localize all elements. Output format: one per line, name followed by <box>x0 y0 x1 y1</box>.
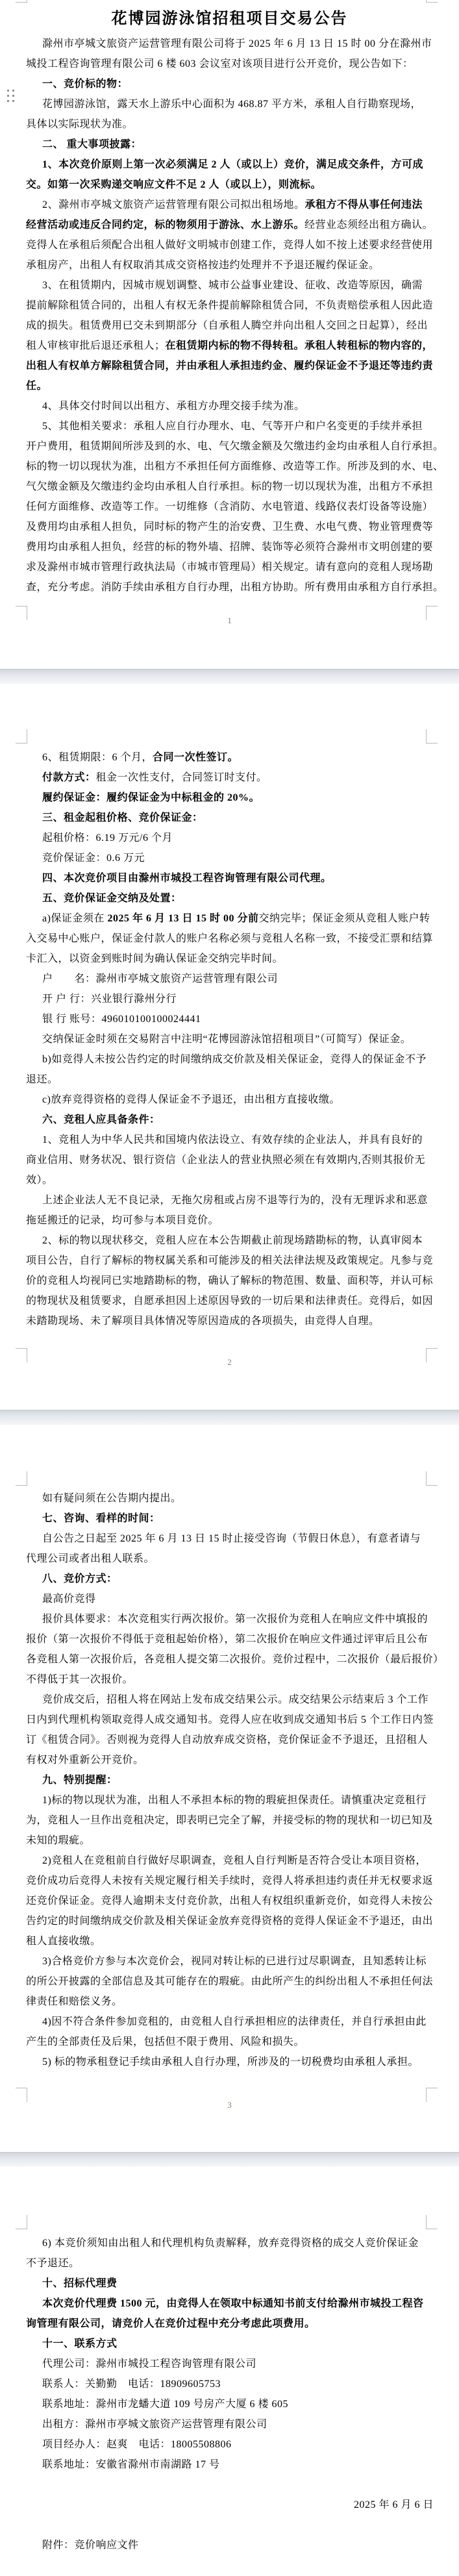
text-line: 交纳保证金时须在交易附言中注明“花博园游泳馆招租项目”（可简写）保证金。 <box>26 1032 450 1047</box>
text-segment: 起租价格：6.19 万元/6 个月 <box>42 832 173 844</box>
bold-text-segment: 出租人有权单方解除租赁合同，并由承租人承担违约金、履约保证金不予退还等违约责 <box>26 360 433 371</box>
text-line: 入交易中心账户，保证金付款人的账户名称必须与竞租人名称一致，不接受汇票和结算 <box>26 932 434 946</box>
text-line: 价的竞租人均视同已实地踏勘标的物，确认了解标的物范围、数量、面积等，并认可标 <box>26 1274 434 1288</box>
text-segment: 附件：竞价响应文件 <box>42 2540 139 2551</box>
text-segment: 花博园游泳馆，露天水上游乐中心面积为 468.87 平方米，承租人自行勘察现场， <box>42 99 421 110</box>
text-line: 4、具体交付时间以出租方、承租方办理交接手续为准。 <box>26 399 450 414</box>
text-segment: 代理公司：滁州市城投工程咨询管理有限公司 <box>42 2358 256 2370</box>
text-segment: 1)标的物以现状为准，出租人不承担本标的物的瑕疵担保责任。请慎重决定竞租行 <box>42 1795 427 1806</box>
text-segment: 成的损失。租赁费用已交未到期部分（自承租人腾空并向出租人交回之日起算），经出 <box>26 320 428 331</box>
text-line: 报价（第一次报价不得低于竞租起始价格），第二次报价在响应文件通过评审后且公布 <box>26 1632 434 1647</box>
text-segment: 竞价成功后竞得人未按有关规定履行相关手续时，竞得人将承担违约责任并无权要求返 <box>26 1875 433 1886</box>
text-line: 花博园游泳馆，露天水上游乐中心面积为 468.87 平方米，承租人自行勘察现场， <box>26 97 450 112</box>
bold-text-segment: 十、招标代理费 <box>42 2278 118 2289</box>
text-segment: 4、具体交付时间以出租方、承租方办理交接手续为准。 <box>42 401 305 412</box>
text-segment: 2、标的物以现状移交，竞租人应在本公告期截止前现场踏勘标的物，认真审阅本 <box>42 1235 423 1246</box>
text-line: 为，竞租人一旦作出竞租决定，即表明已完全了解，并接受标的物的现状和一切已知及 <box>26 1814 434 1828</box>
text-line: 经营活动或违反合同约定，标的物须用于游泳、水上游乐。经营业态须经出租方确认。 <box>26 218 434 232</box>
document-page: 6、租赁期限：6 个月，合同一次性签订。付款方式：租金一次性支付，合同签订时支付… <box>0 684 459 1410</box>
text-line: 项目公告，自行了解标的物权属关系和可能涉及的相关法律法规及政策规定。凡参与竞 <box>26 1254 434 1268</box>
text-segment: 经营业态须经出租方确认。 <box>304 219 433 231</box>
text-line: 订《租赁合同》。否则视为竞得人自动放弃成交资格，竞价保证金不予退还，且招租人 <box>26 1733 434 1747</box>
text-segment: 标的物一切以现状为准，出租方不承担任何方面维修、改造等工作。所涉及到的水、电、 <box>26 461 444 472</box>
text-segment: 查，充分考虑。消防手续由承租方自行办理，出租方协助。所有费用由承租方自行承担。 <box>26 582 444 593</box>
text-line: 开 户 行：兴业银行滁州分行 <box>26 992 450 1007</box>
text-segment: 求及滁州市城市管理行政执法局（市城市管理局）相关规定。请有意向的竞租人现场勘 <box>26 562 433 573</box>
text-segment: 未知的瑕疵。 <box>26 1835 90 1846</box>
text-segment: 订《租赁合同》。否则视为竞得人自动放弃成交资格，竞价保证金不予退还，且招租人 <box>26 1734 428 1745</box>
text-line: 标的物一切以现状为准，出租方不承担任何方面维修、改造等工作。所涉及到的水、电、 <box>26 460 434 474</box>
page-number: 3 <box>0 2100 459 2110</box>
text-line: 不得低于其一次报价。 <box>26 1673 434 1687</box>
text-line: 出租人有权单方解除租赁合同，并由承租人承担违约金、履约保证金不予退还等违约责 <box>26 359 434 373</box>
document-page: 如有疑问须在公告期内提出。七、咨询、看样的时间：自公告之日起至 2025 年 6… <box>0 1425 459 2152</box>
text-line: 承租房产，出租人有权取消其成交资格按违约处理并不予退还履约保证金。 <box>26 258 434 273</box>
text-segment: 项目公告，自行了解标的物权属关系和可能涉及的相关法律法规及政策规定。凡参与竞 <box>26 1255 433 1266</box>
text-line: 5、其他相关要求：承租人应自行办理水、电、气等开户和户名变更的手续并承担 <box>26 419 450 434</box>
text-line: 七、咨询、看样的时间： <box>26 1512 450 1526</box>
text-line: 产生的全部责任及后果，包括但不限于费用、风险和损失。 <box>26 2035 434 2049</box>
bold-text-segment: 经营活动或违反合同约定，标的物须用于游泳、水上游乐。 <box>26 219 304 231</box>
text-segment: 各竞租人第一次报价后，各竞租人提交第二次报价。竞价过程中，二次报价（最后报价） <box>26 1654 444 1665</box>
text-segment: 交纳保证金时须在交易附言中注明“花博园游泳馆招租项目”（可简写）保证金。 <box>42 1034 411 1045</box>
text-segment: 退还。 <box>26 1074 58 1085</box>
text-segment: 产生的全部责任及后果，包括但不限于费用、风险和损失。 <box>26 2036 304 2047</box>
text-segment: 拖延搬迁的记录，均可参与本项目竞价。 <box>26 1215 219 1226</box>
text-line: 二、 重大事项披露： <box>26 138 450 152</box>
text-line: 未踏勘现场、未了解项目具体情况等原因造成的各项损失，由竞得人自理。 <box>26 1314 434 1329</box>
page-gap <box>0 1410 459 1425</box>
text-line: 联系地址：滁州市龙蟠大道 109 号房产大厦 6 楼 605 <box>26 2397 450 2412</box>
text-segment: 的物现状及租赁要求，自愿承担因上述原因导致的一切后果和法律责任。竞得后，如因 <box>26 1295 433 1307</box>
text-boundary-mark <box>16 729 27 744</box>
text-line: 出租方：滁州市亭城文旅资产运营管理有限公司 <box>26 2418 450 2432</box>
text-line: 九、特别提醒： <box>26 1773 450 1788</box>
bold-text-segment: 四、本次竞价项目由滁州市城投工程咨询管理有限公司代理。 <box>42 873 332 884</box>
text-line: 还竞价保证金。竞得人逾期未支付竞价款，出租人有权组织重新竞价，如竞得人未按公 <box>26 1894 434 1908</box>
text-line: 6) 本竞价须知由出租人和代理机构负责解释，放弃竞得资格的成交人竞价保证金 <box>26 2236 450 2251</box>
text-line: 2、滁州市亭城文旅资产运营管理有限公司拟出租场地。承租方不得从事任何违法 <box>26 198 450 212</box>
text-segment: 费用均由承租人担负，经营的标的物外墙、招牌、装饰等必须符合滁州市文明创建的要 <box>26 542 433 553</box>
text-line: 2025 年 6 月 6 日 <box>26 2498 443 2512</box>
text-segment: 滁州市亭城文旅资产运营管理有限公司将于 2025 年 6 月 13 日 15 时… <box>42 38 432 49</box>
text-segment: 不得低于其一次报价。 <box>26 1674 133 1685</box>
bold-text-segment: 合同一次性签订。 <box>153 752 238 763</box>
text-line: 未知的瑕疵。 <box>26 1834 434 1848</box>
text-segment: 4)因不符合条件参加竞租的，由竞租人自行承担相应的法律责任，并自行承担由此 <box>42 2016 427 2027</box>
text-segment: 开 户 行：兴业银行滁州分行 <box>42 994 177 1005</box>
bold-text-segment: 三、租金起租价格、竞价保证金： <box>42 812 203 823</box>
text-segment: 效）。 <box>26 1175 53 1186</box>
bold-text-segment: 承租方不得从事任何违法 <box>305 199 423 210</box>
text-boundary-mark <box>426 2215 438 2229</box>
text-line: 报价具体要求：本次竞租实行两次报价。第一次报价为竞租人在响应文件中填报的 <box>26 1612 450 1627</box>
text-line: 商业信用、财务状况、银行资信（企业法人的营业执照必须在有效期内,否则其报价无 <box>26 1153 434 1168</box>
text-line: c)放弃竞得资格的竞得人保证金不予退还，由出租方直接收缴。 <box>26 1093 450 1107</box>
text-line: 的所公开披露的全部信息及其可能存在的瑕疵。由此所产生的纠纷出租人不承担任何法 <box>26 1975 434 1989</box>
text-segment: 竞价成交后，招租人将在网站上发布成交结果公示。成交结果公示结束后 3 个工作 <box>42 1694 428 1705</box>
text-line: 最高价竞得 <box>26 1592 450 1607</box>
text-line: 代理公司：滁州市城投工程咨询管理有限公司 <box>26 2357 450 2371</box>
text-segment: 日内到代理机构领取竞得人成交通知书。竞得人应在收到成交通知书后 5 个工作日内签 <box>26 1714 434 1725</box>
text-segment: 2025 年 6 月 6 日 <box>354 2499 434 2510</box>
bold-text-segment: 六、竞租人应具备条件： <box>42 1114 160 1125</box>
text-line: 租人审核审批后退还承租人；在租赁期内标的物不得转租。承租人转租标的物内容的， <box>26 339 434 353</box>
text-segment: 代理公司或者出租人联系。 <box>26 1553 155 1564</box>
text-segment: 2)竞租人在竞租前自行做好尽职调查，竞租人自行判断是否符合受让本项目资格， <box>42 1855 427 1866</box>
text-segment: 银 行 账号：496010100100024441 <box>42 1014 201 1025</box>
text-line: 一、竞价标的物： <box>26 77 450 92</box>
text-segment: 上述企业法人无不良记录，无拖欠房租或占房不退等行为的，没有无理诉求和恶意 <box>42 1195 428 1206</box>
bold-text-segment: 交。如第一次采购递交响应文件不足 2 人（或以上），则流标。 <box>26 179 321 190</box>
text-line: 如有疑问须在公告期内提出。 <box>26 1492 450 1506</box>
bold-text-segment: 履约保证金：履约保证金为中标租金的 20%。 <box>42 792 260 803</box>
text-line: 联系人：关勤勤 电话：18909605753 <box>26 2377 450 2392</box>
text-line: 律责任和赔偿义务。 <box>26 1995 434 2009</box>
text-segment: 自公告之日起至 2025 年 6 月 13 日 15 时止接受咨询（节假日休息）… <box>42 1533 421 1544</box>
text-line: 户 名：滁州市亭城文旅资产运营管理有限公司 <box>26 972 450 986</box>
text-segment: 项目经办人：赵爽 电话：18005508806 <box>42 2439 232 2450</box>
text-boundary-mark <box>426 0 438 3</box>
text-line: 付款方式：租金一次性支付，合同签订时支付。 <box>26 771 450 785</box>
text-segment: 5) 标的物承租登记手续由承租人自行办理，所涉及的一切税费均由承租人承担。 <box>42 2057 419 2068</box>
text-segment: 具体以实际现状为准。 <box>26 119 133 130</box>
text-segment: 竞价保证金：0.6 万元 <box>42 853 145 864</box>
text-line: 具体以实际现状为准。 <box>26 118 434 132</box>
text-segment: 租金一次性支付，合同签订时支付。 <box>96 772 267 783</box>
text-line: 城投工程咨询管理有限公司 6 楼 603 会议室对该项目进行公开竞价，现公告如下… <box>26 57 434 71</box>
text-segment: 联系人：关勤勤 电话：18909605753 <box>42 2379 221 2390</box>
text-segment: 不予退还。 <box>26 2258 80 2269</box>
text-segment: 交纳完毕；保证金须从竞租人账户转 <box>258 913 430 924</box>
page-gap <box>0 2152 459 2167</box>
text-line: 银 行 账号：496010100100024441 <box>26 1012 450 1027</box>
text-line: 竞价成功后竞得人未按有关规定履行相关手续时，竞得人将承担违约责任并无权要求返 <box>26 1874 434 1888</box>
bold-text-segment: 任。 <box>26 381 47 392</box>
text-line: 开户费用，租赁期间所涉及到的水、电、气欠缴金额及欠缴违约金均由承租人自行承担。 <box>26 440 434 454</box>
text-line: 拖延搬迁的记录，均可参与本项目竞价。 <box>26 1214 434 1228</box>
text-segment: 的所公开披露的全部信息及其可能存在的瑕疵。由此所产生的纠纷出租人不承担任何法 <box>26 1976 433 1987</box>
text-line: 2)竞租人在竞租前自行做好尽职调查，竞租人自行判断是否符合受让本项目资格， <box>26 1854 450 1868</box>
text-line: 3)合格竞价方参与本次竞价会，视同对转让标的已进行过尽职调查，且知悉转让标 <box>26 1955 450 1969</box>
text-line: 气欠缴金额及欠缴违约金均由承租人自行承担。标的物一切以现状为准，出租方不承担 <box>26 480 434 494</box>
text-segment: 3、在租赁期内，因城市规划调整、城市公益事业建设、征收、改造等原因，确需 <box>42 280 423 291</box>
text-boundary-mark <box>426 729 438 744</box>
text-line: 及费用均由承租人担负，同时标的物产生的治安费、卫生费、水电气费、物业管理费等 <box>26 520 434 534</box>
text-line: 退还。 <box>26 1073 434 1087</box>
text-line: 任何方面维修、改造等工作。一切维修（含消防、水电管道、线路仪表灯设备等设施） <box>26 500 434 514</box>
text-segment: 城投工程咨询管理有限公司 6 楼 603 会议室对该项目进行公开竞价，现公告如下… <box>26 58 414 69</box>
text-segment: 卡汇入，以资金到账时间为确认保证金交纳完毕时间。 <box>26 953 283 964</box>
text-line: 本次竞价代理费 1500 元，由竞得人在领取中标通知书前支付给滁州市城投工程咨 <box>26 2297 450 2311</box>
text-line: 任。 <box>26 379 434 394</box>
text-line: 卡汇入，以资金到账时间为确认保证金交纳完毕时间。 <box>26 952 434 966</box>
text-line: 费用均由承租人担负，经营的标的物外墙、招牌、装饰等必须符合滁州市文明创建的要 <box>26 540 434 555</box>
text-segment: a)保证金须在 <box>42 913 107 924</box>
text-line: 租人直接收缴。 <box>26 1934 434 1949</box>
text-segment: 6) 本竞价须知由出租人和代理机构负责解释，放弃竞得资格的成交人竞价保证金 <box>42 2238 419 2249</box>
text-line: 告约定的时间缴纳成交价款及相关保证金放弃竞得资格的竞得人保证金不予退还，由出 <box>26 1914 434 1929</box>
text-boundary-mark <box>16 0 27 3</box>
text-line: 4)因不符合条件参加竞租的，由竞租人自行承担相应的法律责任，并自行承担由此 <box>26 2015 450 2029</box>
text-segment: 承租房产，出租人有权取消其成交资格按违约处理并不予退还履约保证金。 <box>26 260 380 271</box>
text-line: 上述企业法人无不良记录，无拖欠房租或占房不退等行为的，没有无理诉求和恶意 <box>26 1194 450 1208</box>
text-segment: 出租方：滁州市亭城文旅资产运营管理有限公司 <box>42 2419 267 2430</box>
text-line: 三、租金起租价格、竞价保证金： <box>26 811 450 825</box>
text-segment: 未踏勘现场、未了解项目具体情况等原因造成的各项损失，由竞得人自理。 <box>26 1316 380 1327</box>
text-line: a)保证金须在 2025 年 6 月 13 日 15 时 00 分前交纳完毕；保… <box>26 912 450 926</box>
text-segment: 最高价竞得 <box>42 1594 96 1605</box>
text-line: 1、竞租人为中华人民共和国境内依法设立、有效存续的企业法人，并具有良好的 <box>26 1133 450 1147</box>
text-boundary-mark <box>16 2215 27 2229</box>
text-line: 附件：竞价响应文件 <box>26 2538 450 2553</box>
text-segment: 入交易中心账户，保证金付款人的账户名称必须与竞租人名称一致，不接受汇票和结算 <box>26 933 433 944</box>
text-line: 八、竞价方式： <box>26 1572 450 1586</box>
text-line: 交。如第一次采购递交响应文件不足 2 人（或以上），则流标。 <box>26 178 434 192</box>
page-title: 花博园游泳馆招租项目交易公告 <box>0 5 459 28</box>
text-line: 1)标的物以现状为准，出租人不承担本标的物的瑕疵担保责任。请慎重决定竞租行 <box>26 1794 450 1808</box>
text-segment: b)如竞得人未按公告约定的时间缴纳成交价款及相关保证金，竞得人的保证金不予 <box>42 1054 427 1065</box>
text-line: 询管理有限公司，请竞价人在竞价过程中充分考虑此项费用。 <box>26 2317 434 2331</box>
text-segment: 告约定的时间缴纳成交价款及相关保证金放弃竞得资格的竞得人保证金不予退还，由出 <box>26 1916 433 1927</box>
text-line: 十一、联系方式 <box>26 2337 450 2351</box>
text-segment: 报价具体要求：本次竞租实行两次报价。第一次报价为竞租人在响应文件中填报的 <box>42 1614 428 1625</box>
text-line: 效）。 <box>26 1173 434 1188</box>
text-line: 五、竞价保证金交纳及处置： <box>26 892 450 906</box>
bold-text-segment: 二、 重大事项披露： <box>42 139 142 150</box>
document-area: 花博园游泳馆招租项目交易公告滁州市亭城文旅资产运营管理有限公司将于 2025 年… <box>0 0 459 2576</box>
text-segment: 有权对外重新公开竞价。 <box>26 1755 144 1766</box>
text-line: 6、租赁期限：6 个月，合同一次性签订。 <box>26 751 450 765</box>
text-line: 求及滁州市城市管理行政执法局（市城市管理局）相关规定。请有意向的竞租人现场勘 <box>26 560 434 575</box>
text-line: 履约保证金：履约保证金为中标租金的 20%。 <box>26 791 450 805</box>
text-segment: 租人审核审批后退还承租人； <box>26 340 166 351</box>
text-segment: 竞得人在承租后须配合出租人做好文明城市创建工作，竞得人如不按上述要求经营使用 <box>26 240 433 251</box>
text-segment: 开户费用，租赁期间所涉及到的水、电、气欠缴金额及欠缴违约金均由承租人自行承担。 <box>26 441 444 452</box>
bold-text-segment: 付款方式： <box>42 772 96 783</box>
text-line: 成的损失。租赁费用已交未到期部分（自承租人腾空并向出租人交回之日起算），经出 <box>26 319 434 333</box>
text-line: b)如竞得人未按公告约定的时间缴纳成交价款及相关保证金，竞得人的保证金不予 <box>26 1053 450 1067</box>
text-line: 5) 标的物承租登记手续由承租人自行办理，所涉及的一切税费均由承租人承担。 <box>26 2055 450 2070</box>
text-line: 有权对外重新公开竞价。 <box>26 1753 434 1768</box>
text-line: 联系地址：安徽省滁州市南湖路 17 号 <box>26 2458 450 2472</box>
text-line: 3、在租赁期内，因城市规划调整、城市公益事业建设、征收、改造等原因，确需 <box>26 279 450 293</box>
text-segment: 租人直接收缴。 <box>26 1936 101 1947</box>
text-line: 项目经办人：赵爽 电话：18005508806 <box>26 2438 450 2452</box>
text-segment: 如有疑问须在公告期内提出。 <box>42 1493 182 1504</box>
text-line: 提前解除租赁合同的，出租人有权无条件提前解除租赁合同，不负责赔偿承租人因此造 <box>26 299 434 313</box>
page-number: 1 <box>0 616 459 626</box>
bold-text-segment: 九、特别提醒： <box>42 1775 118 1786</box>
text-segment: 2、滁州市亭城文旅资产运营管理有限公司拟出租场地。 <box>42 199 305 210</box>
text-segment: c)放弃竞得资格的竞得人保证金不予退还，由出租方直接收缴。 <box>42 1094 340 1105</box>
document-page: 花博园游泳馆招租项目交易公告滁州市亭城文旅资产运营管理有限公司将于 2025 年… <box>0 0 459 669</box>
bold-text-segment: 本次竞价代理费 1500 元，由竞得人在领取中标通知书前支付给滁州市城投工程咨 <box>42 2298 424 2309</box>
text-segment: 提前解除租赁合同的，出租人有权无条件提前解除租赁合同，不负责赔偿承租人因此造 <box>26 300 433 311</box>
text-segment: 及费用均由承租人担负，同时标的物产生的治安费、卫生费、水电气费、物业管理费等 <box>26 521 433 532</box>
bold-text-segment: 1、本次竞价原则上第一次必须满足 2 人（或以上）竞价，满足成交条件，方可成 <box>42 159 423 170</box>
text-segment: 3)合格竞价方参与本次竞价会，视同对转让标的已进行过尽职调查，且知悉转让标 <box>42 1956 427 1967</box>
bold-text-segment: 七、咨询、看样的时间： <box>42 1513 160 1524</box>
text-line: 六、竞租人应具备条件： <box>26 1113 450 1127</box>
text-segment: 联系地址：安徽省滁州市南湖路 17 号 <box>42 2459 220 2470</box>
text-segment: 联系地址：滁州市龙蟠大道 109 号房产大厦 6 楼 605 <box>42 2399 288 2410</box>
text-boundary-mark <box>16 1471 27 1486</box>
text-segment: 1、竞租人为中华人民共和国境内依法设立、有效存续的企业法人，并具有良好的 <box>42 1134 423 1145</box>
text-line: 竞价保证金：0.6 万元 <box>26 851 450 866</box>
page-gap <box>0 669 459 684</box>
text-segment: 户 名：滁州市亭城文旅资产运营管理有限公司 <box>42 973 278 984</box>
text-line: 2、标的物以现状移交，竞租人应在本公告期截止前现场踏勘标的物，认真审阅本 <box>26 1234 450 1248</box>
text-segment: 为，竞租人一旦作出竞租决定，即表明已完全了解，并接受标的物的现状和一切已知及 <box>26 1815 433 1826</box>
text-line: 竞得人在承租后须配合出租人做好文明城市创建工作，竞得人如不按上述要求经营使用 <box>26 238 434 253</box>
document-page: 6) 本竞价须知由出租人和代理机构负责解释，放弃竞得资格的成交人竞价保证金不予退… <box>0 2167 459 2576</box>
bold-text-segment: 在租赁期内标的物不得转租。承租人转租标的物内容的， <box>166 340 434 351</box>
text-segment: 5、其他相关要求：承租人应自行办理水、电、气等开户和户名变更的手续并承担 <box>42 421 423 432</box>
text-segment: 商业信用、财务状况、银行资信（企业法人的营业执照必须在有效期内,否则其报价无 <box>26 1155 425 1166</box>
text-segment: 还竞价保证金。竞得人逾期未支付竞价款，出租人有权组织重新竞价，如竞得人未按公 <box>26 1895 433 1907</box>
drag-handle-icon[interactable] <box>7 90 14 102</box>
page-number: 2 <box>0 1357 459 1368</box>
bold-text-segment: 2025 年 6 月 13 日 15 时 00 分前 <box>107 913 258 924</box>
text-boundary-mark <box>426 1471 438 1486</box>
text-segment: 6、租赁期限：6 个月， <box>42 752 153 763</box>
bold-text-segment: 八、竞价方式： <box>42 1573 118 1584</box>
text-segment: 气欠缴金额及欠缴违约金均由承租人自行承担。标的物一切以现状为准，出租方不承担 <box>26 481 433 492</box>
text-line: 竞价成交后，招租人将在网站上发布成交结果公示。成交结果公示结束后 3 个工作 <box>26 1693 450 1707</box>
text-line: 滁州市亭城文旅资产运营管理有限公司将于 2025 年 6 月 13 日 15 时… <box>26 37 450 51</box>
bold-text-segment: 五、竞价保证金交纳及处置： <box>42 893 182 904</box>
bold-text-segment: 询管理有限公司，请竞价人在竞价过程中充分考虑此项费用。 <box>26 2318 316 2329</box>
text-line: 起租价格：6.19 万元/6 个月 <box>26 831 450 845</box>
text-line: 代理公司或者出租人联系。 <box>26 1552 434 1566</box>
text-line: 的物现状及租赁要求，自愿承担因上述原因导致的一切后果和法律责任。竞得后，如因 <box>26 1294 434 1308</box>
text-segment: 价的竞租人均视同已实地踏勘标的物，确认了解标的物范围、数量、面积等，并认可标 <box>26 1275 433 1286</box>
text-line: 各竞租人第一次报价后，各竞租人提交第二次报价。竞价过程中，二次报价（最后报价） <box>26 1653 434 1667</box>
text-line: 四、本次竞价项目由滁州市城投工程咨询管理有限公司代理。 <box>26 871 450 886</box>
text-line: 自公告之日起至 2025 年 6 月 13 日 15 时止接受咨询（节假日休息）… <box>26 1532 450 1546</box>
bold-text-segment: 十一、联系方式 <box>42 2338 118 2349</box>
text-line: 日内到代理机构领取竞得人成交通知书。竞得人应在收到成交通知书后 5 个工作日内签 <box>26 1713 434 1727</box>
text-segment: 任何方面维修、改造等工作。一切维修（含消防、水电管道、线路仪表灯设备等设施） <box>26 501 433 512</box>
text-line: 1、本次竞价原则上第一次必须满足 2 人（或以上）竞价，满足成交条件，方可成 <box>26 158 450 172</box>
text-segment: 报价（第一次报价不得低于竞租起始价格），第二次报价在响应文件通过评审后且公布 <box>26 1634 428 1645</box>
text-line: 十、招标代理费 <box>26 2277 450 2291</box>
text-line: 查，充分考虑。消防手续由承租方自行办理，出租方协助。所有费用由承租方自行承担。 <box>26 581 434 595</box>
bold-text-segment: 一、竞价标的物： <box>42 79 128 90</box>
text-line: 不予退还。 <box>26 2257 434 2271</box>
text-segment: 律责任和赔偿义务。 <box>26 1996 123 2007</box>
